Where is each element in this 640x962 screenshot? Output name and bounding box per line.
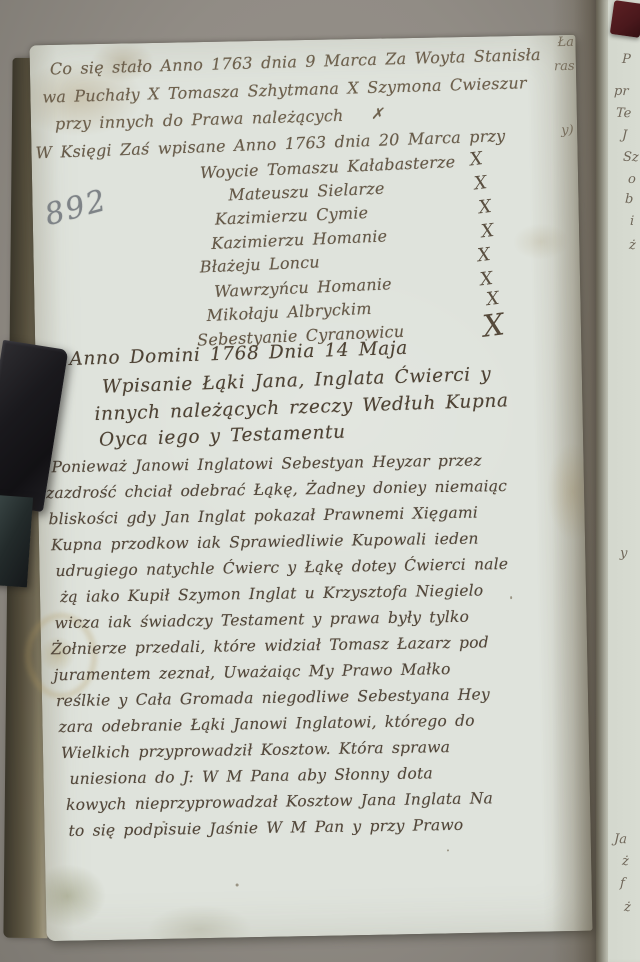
adjacent-text-fragment: y bbox=[620, 546, 628, 561]
manuscript-page: 892 Co się stało Anno 1763 dnia 9 Marca … bbox=[29, 35, 592, 941]
paper-speck bbox=[447, 849, 449, 851]
adjacent-text-fragment: f bbox=[620, 876, 625, 891]
manuscript-line: wicza iak świadczy Testament y prawa był… bbox=[54, 608, 469, 633]
adjacent-text-fragment: Ja bbox=[614, 832, 627, 847]
paper-speck bbox=[510, 596, 512, 599]
witness-name: Wawrzyńcu Homanie bbox=[214, 274, 392, 301]
manuscript-line: Kupna przodkow iak Sprawiedliwie Kupowal… bbox=[51, 530, 479, 555]
entry-heading: Anno Domini 1768 Dnia 14 Maja bbox=[69, 338, 408, 370]
manuscript-line: juramentem zeznał, Uważaiąc My Prawo Mał… bbox=[53, 660, 450, 684]
adjacent-text-fragment: J bbox=[622, 128, 628, 143]
adjacent-text-fragment: P bbox=[622, 52, 631, 67]
witness-mark: X bbox=[479, 268, 494, 290]
manuscript-line: przy innych do Prawa należących bbox=[55, 106, 344, 134]
witness-mark: X bbox=[481, 307, 507, 344]
adjacent-text-fragment: o bbox=[628, 172, 636, 187]
adjacent-text-fragment: ż bbox=[624, 900, 631, 915]
manuscript-line: żą iako Kupił Szymon Inglat u Krzysztofa… bbox=[60, 581, 484, 606]
witness-name: Mateuszu Sielarze bbox=[228, 179, 385, 205]
gutter-text-fragment: Ła bbox=[557, 35, 574, 50]
witness-mark: X bbox=[480, 220, 495, 242]
witness-name: Woycie Tomaszu Kałabasterze bbox=[200, 152, 456, 182]
witness-name: Kazimierzu Cymie bbox=[214, 203, 368, 229]
witness-mark: X bbox=[477, 196, 492, 218]
manuscript-line: Żołnierze przedali, które widział Tomasz… bbox=[51, 633, 489, 658]
entry-heading: Oyca iego y Testamentu bbox=[99, 422, 346, 451]
manuscript-line: uniesiona do J: W M Pana aby Słonny dota bbox=[69, 764, 433, 788]
manuscript-line: kowych nieprzyprowadzał Kosztow Jana Ing… bbox=[66, 789, 493, 814]
flourish-mark: ✗ bbox=[371, 104, 384, 122]
manuscript-line: Co się stało Anno 1763 dnia 9 Marca Za W… bbox=[50, 45, 541, 79]
witness-name: Mikołaju Albryckim bbox=[206, 299, 372, 325]
adjacent-text-fragment: i bbox=[630, 214, 635, 229]
adjacent-text-fragment: b bbox=[625, 192, 634, 207]
adjacent-text-fragment: pr bbox=[614, 84, 629, 99]
manuscript-line: reślkie y Cała Gromada niegodliwe Sebest… bbox=[56, 685, 490, 710]
adjacent-text-fragment: ż bbox=[629, 238, 636, 253]
manuscript-line: bliskości gdy Jan Inglat pokazał Prawnem… bbox=[48, 504, 478, 529]
adjacent-text-fragment: ż bbox=[622, 854, 629, 869]
witness-name: Kazimierzu Homanie bbox=[211, 226, 388, 253]
witness-name: Błażeju Loncu bbox=[199, 252, 320, 276]
gutter-text-fragment: ras bbox=[554, 59, 575, 74]
gutter-text-fragment: y) bbox=[561, 123, 574, 138]
paper-speck bbox=[236, 883, 239, 886]
manuscript-line: to się podpisuie Jaśnie W M Pan y przy P… bbox=[68, 816, 463, 840]
adjacent-page-strip: P pr Te J Sz o b i ż y Ja ż f ż bbox=[596, 0, 640, 962]
pencil-page-number: 892 bbox=[41, 183, 111, 233]
manuscript-line: udrugiego natychle Ćwierc y Łąkę dotey Ć… bbox=[55, 555, 508, 580]
adjacent-text-fragment: Te bbox=[616, 106, 632, 122]
witness-mark: X bbox=[476, 244, 491, 266]
manuscript-line: Ponieważ Janowi Inglatowi Sebestyan Heyz… bbox=[51, 451, 482, 476]
manuscript-line: wa Puchały X Tomasza Szhytmana X Szymona… bbox=[42, 73, 527, 106]
manuscript-line: zazdrość chciał odebrać Łąkę, Żadney don… bbox=[46, 477, 507, 502]
witness-mark: X bbox=[473, 172, 488, 194]
adjacent-text-fragment: Sz bbox=[623, 150, 639, 166]
manuscript-photo: P pr Te J Sz o b i ż y Ja ż f ż 892 Co s… bbox=[0, 0, 640, 962]
manuscript-line: Wielkich przyprowadził Kosztow. Która sp… bbox=[61, 738, 450, 762]
manuscript-line: zara odebranie Łąki Janowi Inglatowi, kt… bbox=[58, 712, 474, 737]
book-spine-headband bbox=[610, 0, 640, 38]
witness-mark: X bbox=[468, 148, 483, 170]
